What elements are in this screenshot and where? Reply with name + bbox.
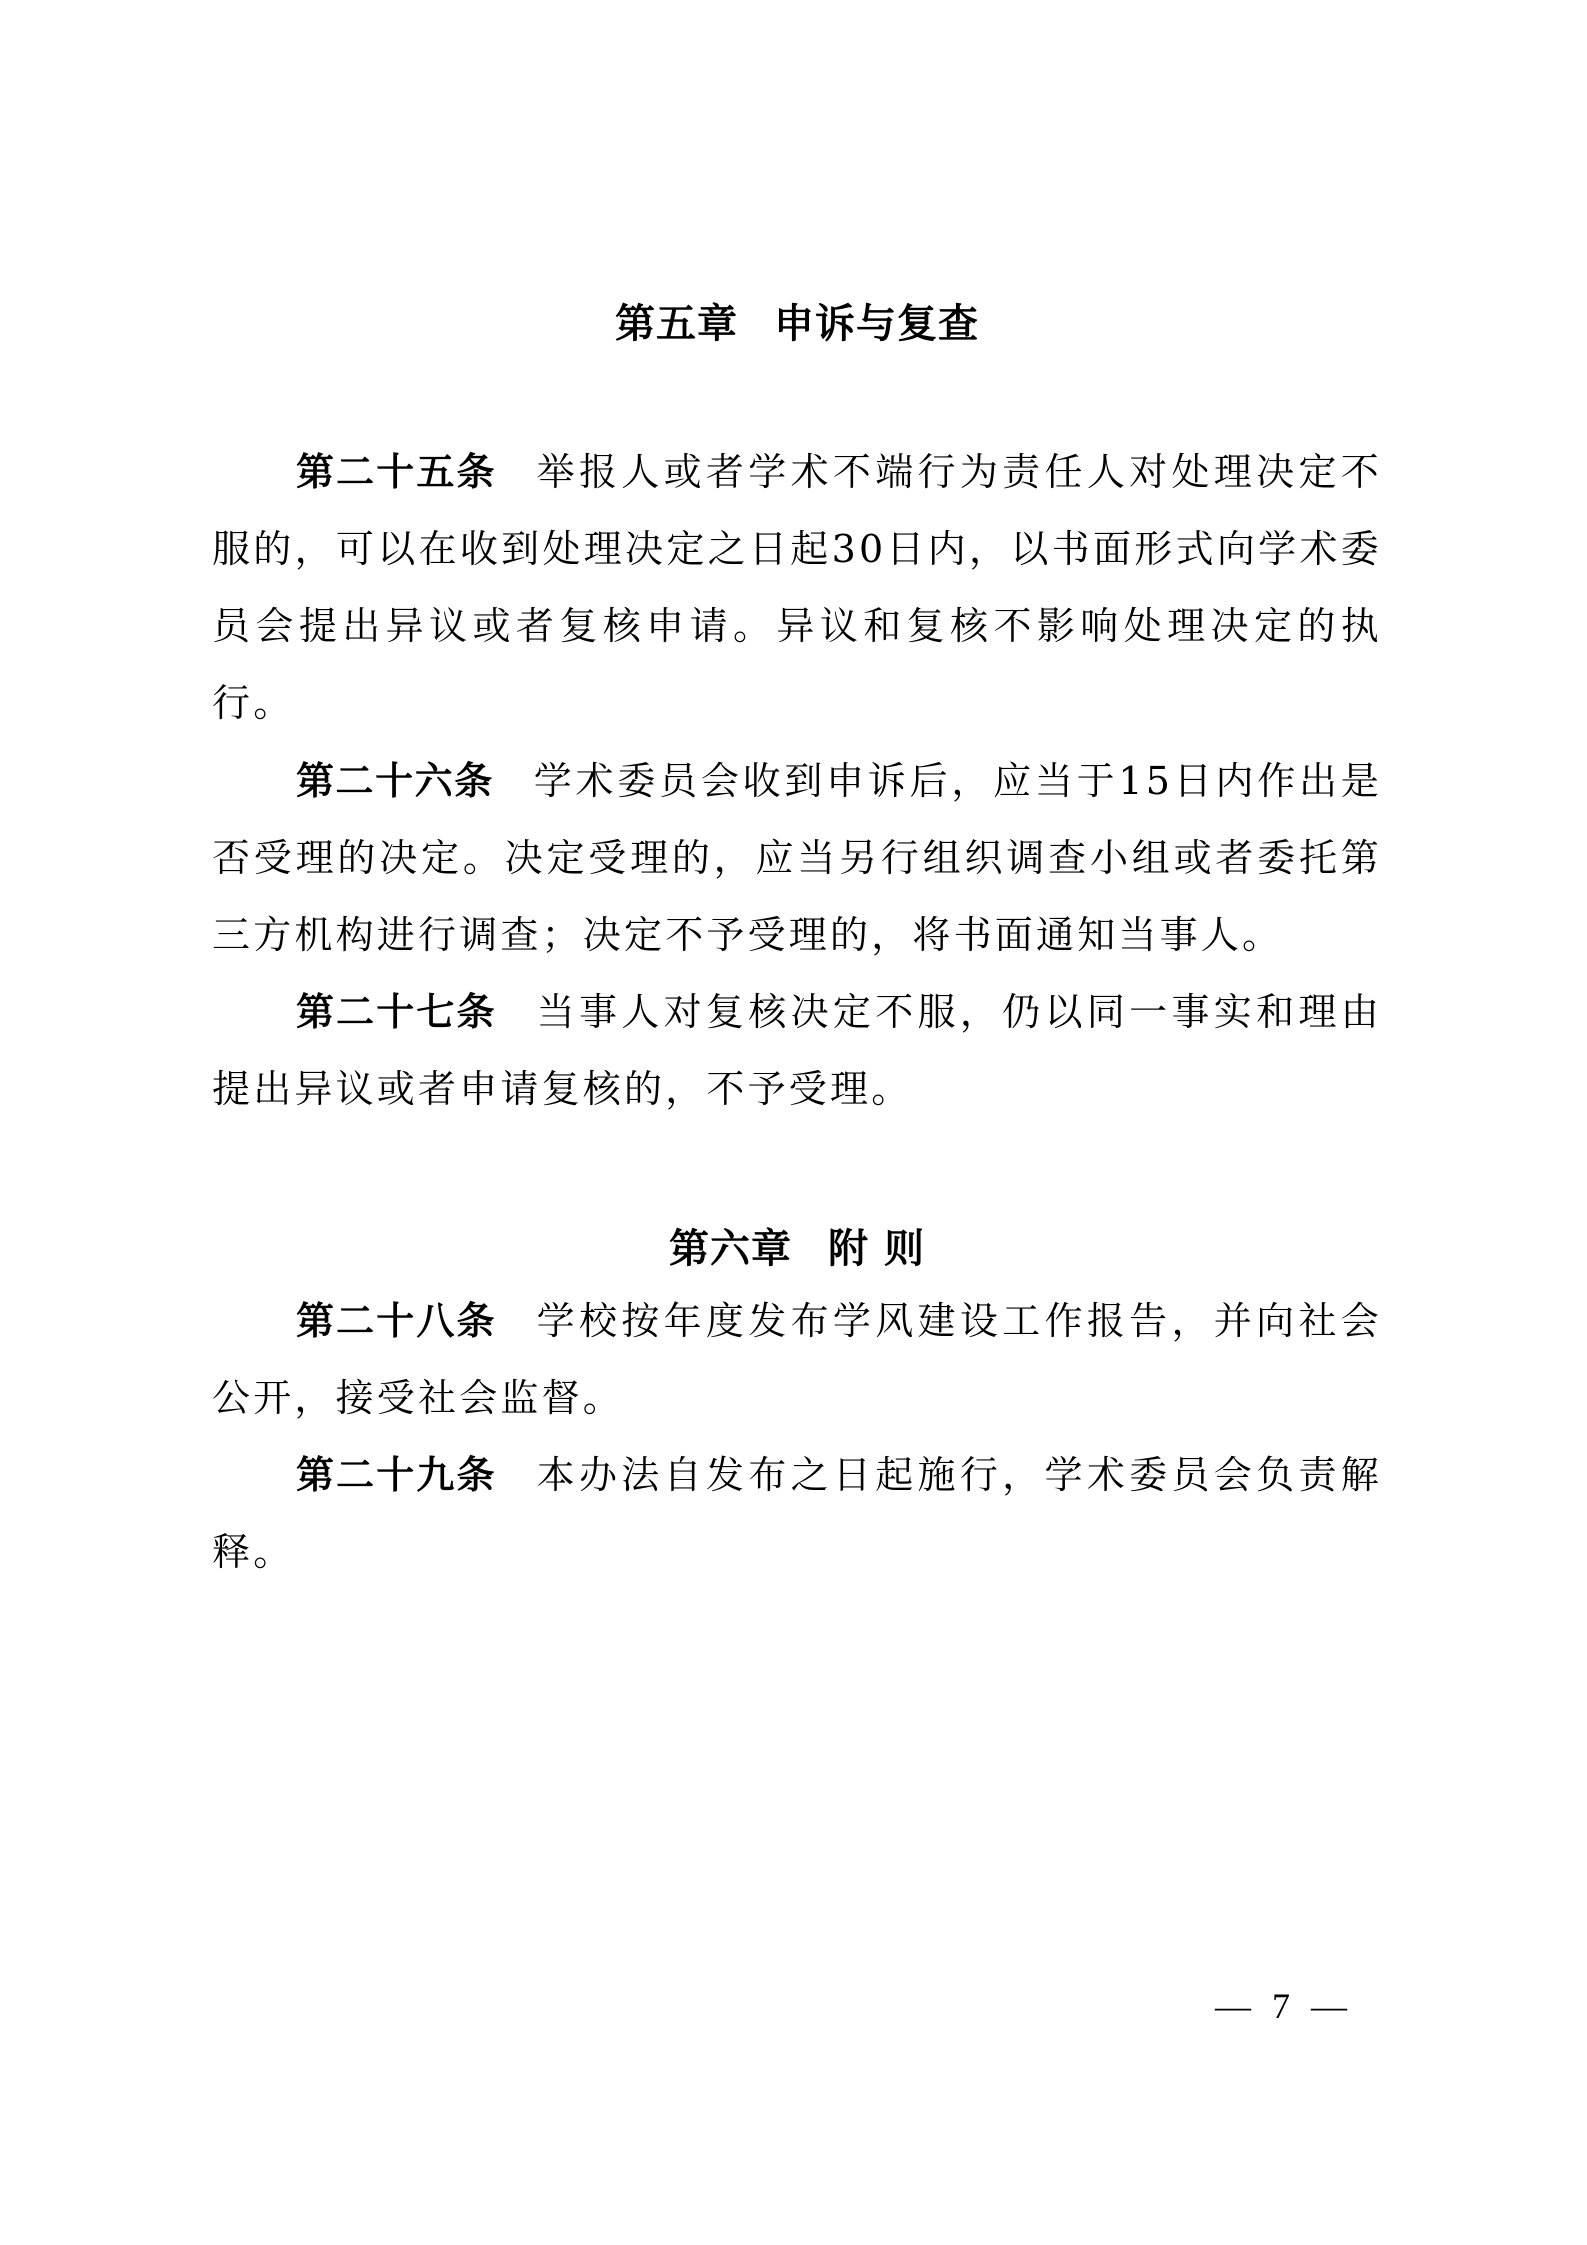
chapter-5-heading: 第五章申诉与复查 (212, 300, 1382, 348)
article-25: 第二十五条举报人或者学术不端行为责任人对处理决定不服的，可以在收到处理决定之日起… (212, 434, 1382, 742)
chapter-number: 第五章 (615, 301, 738, 347)
article-label: 第二十七条 (296, 990, 497, 1034)
chapter-6-heading: 第六章附 则 (212, 1225, 1382, 1273)
article-28: 第二十八条学校按年度发布学风建设工作报告，并向社会公开，接受社会监督。 (212, 1283, 1382, 1437)
article-26: 第二十六条学术委员会收到申诉后，应当于15日内作出是否受理的决定。决定受理的，应… (212, 743, 1382, 974)
article-label: 第二十六条 (296, 759, 494, 803)
chapter-title: 附 则 (828, 1226, 925, 1272)
chapter-number: 第六章 (669, 1226, 792, 1272)
article-27: 第二十七条当事人对复核决定不服，仍以同一事实和理由提出异议或者申请复核的，不予受… (212, 974, 1382, 1128)
page-number: — 7 — (1215, 1985, 1353, 2027)
article-29: 第二十九条本办法自发布之日起施行，学术委员会负责解释。 (212, 1437, 1382, 1591)
chapter-title: 申诉与复查 (774, 301, 979, 347)
article-label: 第二十五条 (296, 450, 497, 494)
article-label: 第二十九条 (296, 1453, 497, 1497)
article-label: 第二十八条 (296, 1299, 497, 1343)
